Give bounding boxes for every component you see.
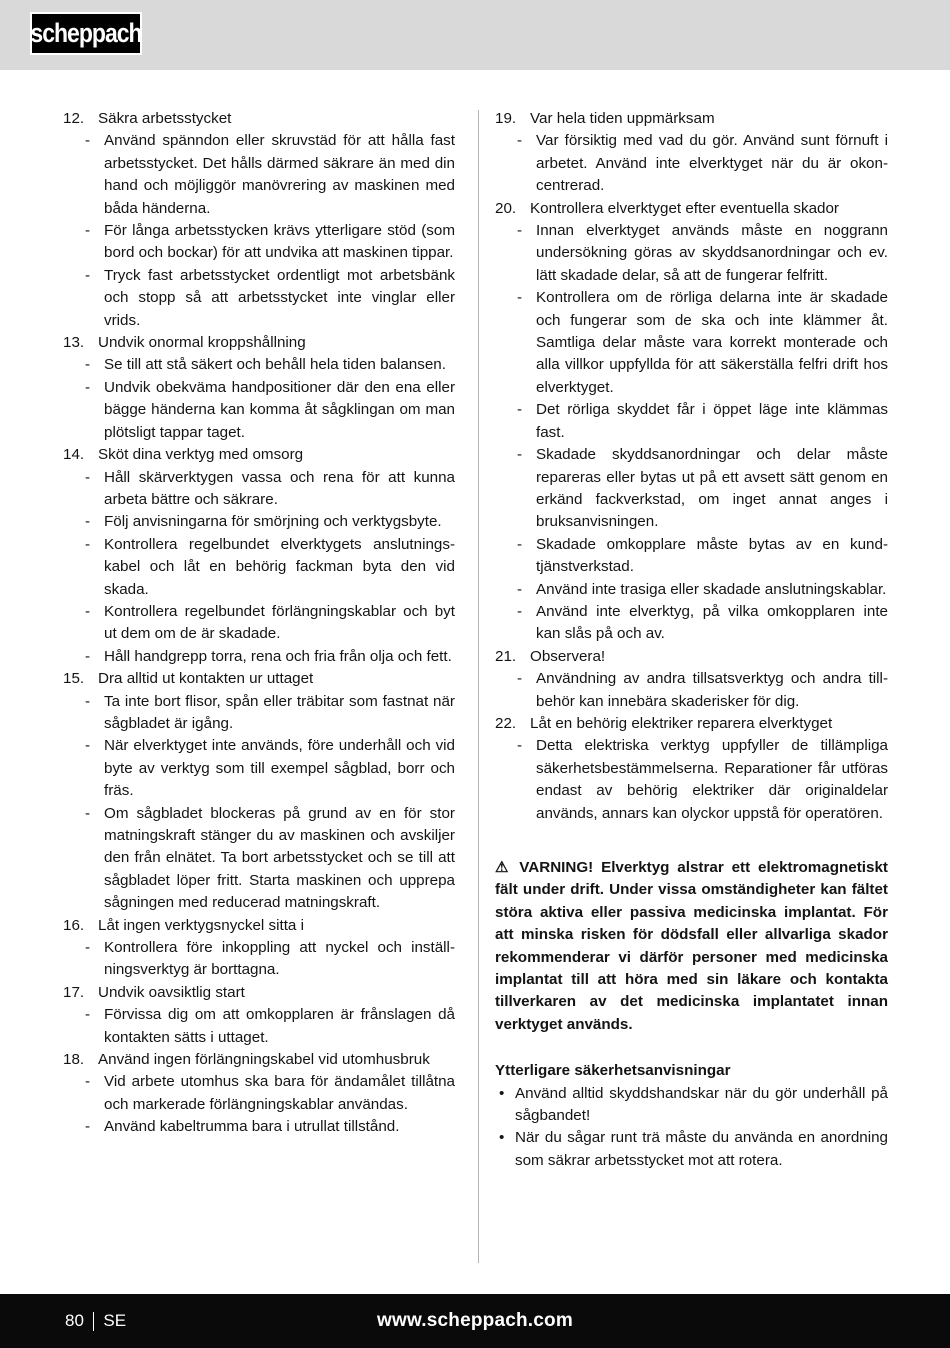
list-item: -Se till att stå säkert och behåll hela … [85,354,455,376]
dash-marker: - [517,130,536,197]
dash-marker: - [517,534,536,579]
list-item-text: Följ anvisningarna för smörjning och ver… [104,511,455,533]
list-item-text: Om sågbladet blockeras på grund av en fö… [104,803,455,915]
warning-icon: ⚠ [495,859,519,876]
list-item: -Kontrollera regelbundet elverktygets an… [85,534,455,601]
bullet-item: •När du sågar runt trä måste du använda … [495,1127,888,1172]
section-title-row: 16.Låt ingen verktygsnyckel sitta i [63,915,455,937]
dash-marker: - [517,601,536,646]
bullet-item-text: Använd alltid skyddshandskar när du gör … [515,1083,888,1128]
section-title: Dra alltid ut kontakten ur uttaget [98,668,455,690]
list-item: -Håll handgrepp torra, rena och fria frå… [85,646,455,668]
list-item-text: Var försiktig med vad du gör. Använd sun… [536,130,888,197]
section-number: 22. [495,713,530,735]
section-title-row: 20.Kontrollera elverktyget efter eventue… [495,198,888,220]
section-title: Kontrollera elverktyget efter eventuella… [530,198,888,220]
section-title: Undvik oavsiktlig start [98,982,455,1004]
scheppach-logo: scheppach [30,12,142,55]
list-item-text: Skadade omkopplare måste bytas av en kun… [536,534,888,579]
bullet-item: •Använd alltid skyddshandskar när du gör… [495,1083,888,1128]
list-item: -När elverktyget inte används, före unde… [85,735,455,802]
list-item: -Följ anvisningarna för smörjning och ve… [85,511,455,533]
section-number: 20. [495,198,530,220]
section-title: Sköt dina verktyg med omsorg [98,444,455,466]
list-item: -Använd spänndon eller skruvstäd för att… [85,130,455,220]
section-heading: Ytterligare säkerhetsanvisningar [495,1060,888,1082]
list-item: -Innan elverktyget används måste en nogg… [517,220,888,287]
list-item: -Använd inte trasiga eller skadade anslu… [517,579,888,601]
section-title: Låt en behörig elektriker reparera elver… [530,713,888,735]
page-number: 80 [65,1311,84,1331]
section-number: 18. [63,1049,98,1071]
list-item-text: Håll skärverktygen vassa och rena för at… [104,467,455,512]
warning-text: VARNING! Elverktyg alstrar ett elektroma… [495,859,888,1033]
list-item-text: Kontrollera före inkoppling att nyckel o… [104,937,455,982]
right-column: 19.Var hela tiden uppmärksam-Var försikt… [495,108,888,1172]
numbered-section: 14.Sköt dina verktyg med omsorg-Håll skä… [63,444,455,668]
list-item: -Skadade skyddsanordningar och delar mås… [517,444,888,534]
list-item-text: Använd inte elverktyg, på vilka omkoppla… [536,601,888,646]
section-number: 21. [495,646,530,668]
dash-marker: - [85,735,104,802]
dash-marker: - [85,691,104,736]
list-item-text: Användning av andra tillsatsverktyg och … [536,668,888,713]
dash-marker: - [85,601,104,646]
list-item-text: Se till att stå säkert och behåll hela t… [104,354,455,376]
list-item: -Tryck fast arbetsstycket ordentligt mot… [85,265,455,332]
list-item: -Håll skärverktygen vassa och rena för a… [85,467,455,512]
header-band [0,0,950,70]
left-column: 12.Säkra arbetsstycket-Använd spänndon e… [63,108,455,1139]
list-item-text: När elverktyget inte används, före under… [104,735,455,802]
language-code: SE [103,1311,126,1331]
section-title: Observera! [530,646,888,668]
list-item-text: Håll handgrepp torra, rena och fria från… [104,646,455,668]
section-number: 16. [63,915,98,937]
bullet-marker: • [495,1127,515,1172]
dash-marker: - [85,265,104,332]
dash-marker: - [85,511,104,533]
section-number: 17. [63,982,98,1004]
numbered-section: 13.Undvik onormal kroppshållning-Se till… [63,332,455,444]
list-item-text: Förvissa dig om att omkopplaren är fråns… [104,1004,455,1049]
dash-marker: - [85,803,104,915]
list-item-text: Använd spänndon eller skruvstäd för att … [104,130,455,220]
numbered-section: 21.Observera!-Användning av andra tillsa… [495,646,888,713]
dash-marker: - [85,534,104,601]
section-title-row: 17.Undvik oavsiktlig start [63,982,455,1004]
section-title: Var hela tiden uppmärksam [530,108,888,130]
section-title-row: 12.Säkra arbetsstycket [63,108,455,130]
list-item: -Ta inte bort flisor, spån eller träbita… [85,691,455,736]
list-item: -Undvik obekväma handpositioner där den … [85,377,455,444]
list-item-text: Använd kabeltrumma bara i utrullat tills… [104,1116,455,1138]
numbered-section: 20.Kontrollera elverktyget efter eventue… [495,198,888,646]
list-item-text: Tryck fast arbetsstycket ordentligt mot … [104,265,455,332]
dash-marker: - [517,399,536,444]
section-title-row: 22.Låt en behörig elektriker reparera el… [495,713,888,735]
section-title: Säkra arbetsstycket [98,108,455,130]
list-item-text: Detta elektriska verktyg uppfyller de ti… [536,735,888,825]
list-item: -Förvissa dig om att omkopplaren är från… [85,1004,455,1049]
dash-marker: - [85,1004,104,1049]
list-item: -För långa arbetsstycken krävs ytterliga… [85,220,455,265]
footer-bar: www.scheppach.com 80 SE [0,1294,950,1348]
list-item: -Kontrollera före inkoppling att nyckel … [85,937,455,982]
list-item: -Det rörliga skyddet får i öppet läge in… [517,399,888,444]
website-url: www.scheppach.com [0,1294,950,1348]
dash-marker: - [517,735,536,825]
section-number: 14. [63,444,98,466]
list-item-text: Ta inte bort flisor, spån eller träbitar… [104,691,455,736]
column-divider [478,110,479,1263]
section-title-row: 19.Var hela tiden uppmärksam [495,108,888,130]
list-item-text: Det rörliga skyddet får i öppet läge int… [536,399,888,444]
list-item: -Använd kabeltrumma bara i utrullat till… [85,1116,455,1138]
dash-marker: - [85,130,104,220]
section-title-row: 21.Observera! [495,646,888,668]
footer-separator [93,1312,95,1331]
dash-marker: - [85,1116,104,1138]
dash-marker: - [517,220,536,287]
section-title-row: 13.Undvik onormal kroppshållning [63,332,455,354]
section-number: 12. [63,108,98,130]
list-item: -Använd inte elverktyg, på vilka omkoppl… [517,601,888,646]
list-item-text: Kontrollera om de rörliga delarna inte ä… [536,287,888,399]
dash-marker: - [517,668,536,713]
logo-text: scheppach [30,18,141,49]
dash-marker: - [85,646,104,668]
list-item: -Kontrollera om de rörliga delarna inte … [517,287,888,399]
dash-marker: - [517,579,536,601]
numbered-section: 12.Säkra arbetsstycket-Använd spänndon e… [63,108,455,332]
list-item: -Detta elektriska verktyg uppfyller de t… [517,735,888,825]
list-item: -Vid arbete utomhus ska bara för ändamål… [85,1071,455,1116]
section-title: Undvik onormal kroppshållning [98,332,455,354]
list-item-text: Kontrollera regelbundet förlängningskabl… [104,601,455,646]
numbered-section: 22.Låt en behörig elektriker reparera el… [495,713,888,825]
numbered-section: 16.Låt ingen verktygsnyckel sitta i-Kont… [63,915,455,982]
list-item-text: Undvik obekväma handpositioner där den e… [104,377,455,444]
list-item-text: Kontrollera regelbundet elverktygets ans… [104,534,455,601]
list-item: -Användning av andra tillsatsverktyg och… [517,668,888,713]
section-title: Använd ingen förlängningskabel vid utomh… [98,1049,455,1071]
numbered-section: 17.Undvik oavsiktlig start-Förvissa dig … [63,982,455,1049]
list-item: -Var försiktig med vad du gör. Använd su… [517,130,888,197]
numbered-section: 15.Dra alltid ut kontakten ur uttaget-Ta… [63,668,455,914]
list-item-text: För långa arbetsstycken krävs ytterligar… [104,220,455,265]
dash-marker: - [85,220,104,265]
section-number: 19. [495,108,530,130]
list-item-text: Skadade skyddsanordningar och delar måst… [536,444,888,534]
section-title-row: 14.Sköt dina verktyg med omsorg [63,444,455,466]
dash-marker: - [85,354,104,376]
dash-marker: - [85,377,104,444]
list-item: -Om sågbladet blockeras på grund av en f… [85,803,455,915]
dash-marker: - [85,467,104,512]
section-title-row: 18.Använd ingen förlängningskabel vid ut… [63,1049,455,1071]
bullet-item-text: När du sågar runt trä måste du använda e… [515,1127,888,1172]
section-title: Låt ingen verktygsnyckel sitta i [98,915,455,937]
list-item-text: Vid arbete utomhus ska bara för ändamåle… [104,1071,455,1116]
section-number: 13. [63,332,98,354]
numbered-section: 19.Var hela tiden uppmärksam-Var försikt… [495,108,888,198]
list-item: -Kontrollera regelbundet förlängningskab… [85,601,455,646]
dash-marker: - [85,937,104,982]
numbered-section: 18.Använd ingen förlängningskabel vid ut… [63,1049,455,1139]
warning-paragraph: ⚠VARNING! Elverktyg alstrar ett elektrom… [495,857,888,1036]
section-number: 15. [63,668,98,690]
footer-page-label: 80 SE [65,1294,126,1348]
section-title-row: 15.Dra alltid ut kontakten ur uttaget [63,668,455,690]
bullet-marker: • [495,1083,515,1128]
list-item: -Skadade omkopplare måste bytas av en ku… [517,534,888,579]
list-item-text: Innan elverktyget används måste en noggr… [536,220,888,287]
list-item-text: Använd inte trasiga eller skadade anslut… [536,579,888,601]
dash-marker: - [85,1071,104,1116]
dash-marker: - [517,444,536,534]
dash-marker: - [517,287,536,399]
